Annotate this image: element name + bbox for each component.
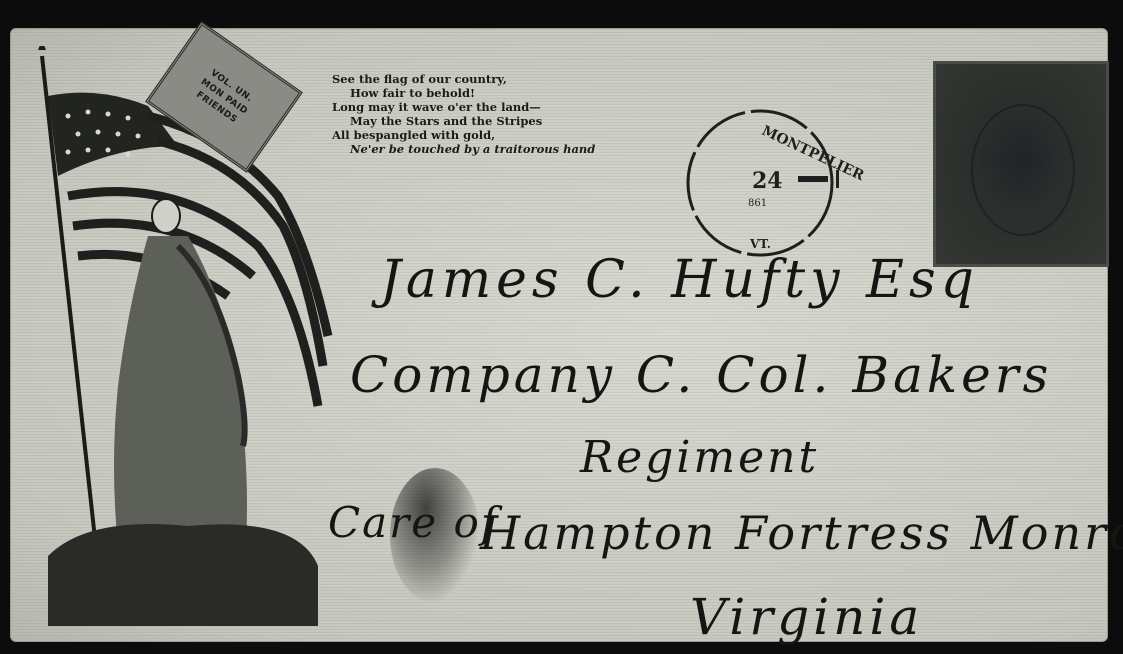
svg-text:861: 861 [748, 198, 767, 209]
poem-line: How fair to behold! [332, 86, 672, 100]
address-line-state: Virginia [690, 588, 923, 646]
poem-line: Ne'er be touched by a traitorous hand [332, 142, 672, 156]
address-line-care-of: Care of [328, 498, 498, 547]
address-line-location: Hampton Fortress Monroe [480, 506, 1123, 560]
address-line-regiment: Regiment [580, 432, 819, 483]
address-line-name: James C. Hufty Esq [380, 250, 979, 310]
envelope: VOL. UN. MON PAID FRIENDS See the flag o… [10, 28, 1108, 642]
address-line-company: Company C. Col. Bakers [350, 346, 1052, 404]
svg-text:24: 24 [752, 168, 783, 194]
poem: See the flag of our country, How fair to… [332, 72, 672, 156]
postage-stamp [936, 64, 1106, 264]
svg-text:VT.: VT. [749, 237, 771, 251]
stamp-portrait [971, 104, 1075, 236]
poem-line: See the flag of our country, [332, 72, 672, 86]
poem-line: Long may it wave o'er the land— [332, 100, 672, 114]
poem-line: All bespangled with gold, [332, 128, 672, 142]
postmark: MONTPELIER 24 861 VT. [670, 98, 870, 268]
poem-line: May the Stars and the Stripes [332, 114, 672, 128]
columbia-flag-illustration [28, 46, 348, 646]
